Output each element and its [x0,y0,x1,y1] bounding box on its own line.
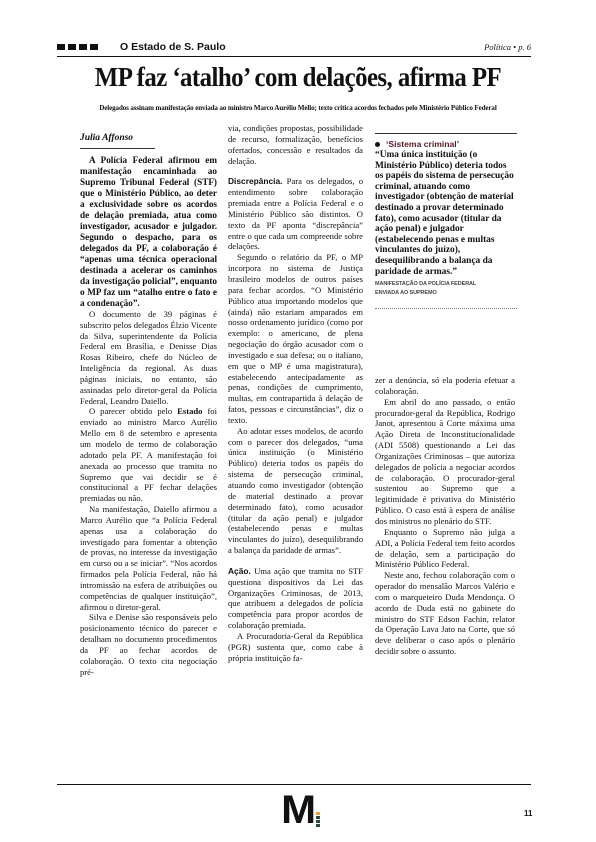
column-3: zer a denúncia, só ela poderia efetuar a… [375,375,515,657]
logo-m-icon: M [281,790,316,830]
column-2: via, condições propostas, possibilidade … [228,123,363,664]
quote-text: “Uma única instituição (o Ministério Púb… [375,150,517,277]
subheadline: Delegados assinam manifestação enviada a… [0,104,596,112]
newspaper-name: O Estado de S. Paulo [120,41,226,53]
section-heading: Ação. [228,566,251,576]
page-header: O Estado de S. Paulo Política • p. 6 [57,40,531,57]
bullet-icon [375,142,380,147]
divider [375,308,517,309]
footer-divider [57,784,531,785]
estado-mention: Estado [177,406,202,416]
paragraph: Enquanto o Supremo não julga a ADI, a Po… [375,527,515,570]
section-label: Política • p. 6 [484,42,531,52]
page-number: 11 [524,809,532,818]
byline: Julia Affonso [80,133,155,149]
paragraph: Ao adotar esses modelos, de acordo com o… [228,426,363,556]
paragraph: O documento de 39 páginas é subscrito pe… [80,309,217,407]
paragraph: zer a denúncia, só ela poderia efetuar a… [375,375,515,397]
paragraph: Silva e Denise são responsáveis pelo pos… [80,612,217,677]
quote-label: ‘Sistema criminal’ [386,139,459,149]
logo-bars-icon [316,812,320,828]
column-1: Julia Affonso A Polícia Federal afirmou … [80,133,217,678]
headline: MP faz ‘atalho’ com delações, afirma PF [24,62,572,93]
paragraph: via, condições propostas, possibilidade … [228,123,363,166]
pull-quote: ‘Sistema criminal’ “Uma única instituiçã… [375,133,517,309]
paragraph: A Procuradoria-Geral da República (PGR) … [228,631,363,664]
quote-source: MANIFESTAÇÃO DA POLÍCIA FEDERALENVIADA A… [375,280,517,298]
lead-paragraph: A Polícia Federal afirmou em manifestaçã… [80,155,217,309]
paragraph: O parecer obtido pelo Estado foi enviado… [80,406,217,504]
paragraph: Na manifestação, Daiello afirmou a Marco… [80,504,217,612]
section-discrepancia: Discrepância. Para os delegados, o enten… [228,176,363,252]
section-acao: Ação. Uma ação que tramita no STF questi… [228,566,363,631]
paragraph: Em abril do ano passado, o então procura… [375,397,515,527]
header-squares-icon [57,44,98,50]
section-heading: Discrepância. [228,176,282,186]
paragraph: Neste ano, fechou colaboração com o oper… [375,570,515,657]
paragraph: Segundo o relatório da PF, o MP incorpor… [228,252,363,426]
